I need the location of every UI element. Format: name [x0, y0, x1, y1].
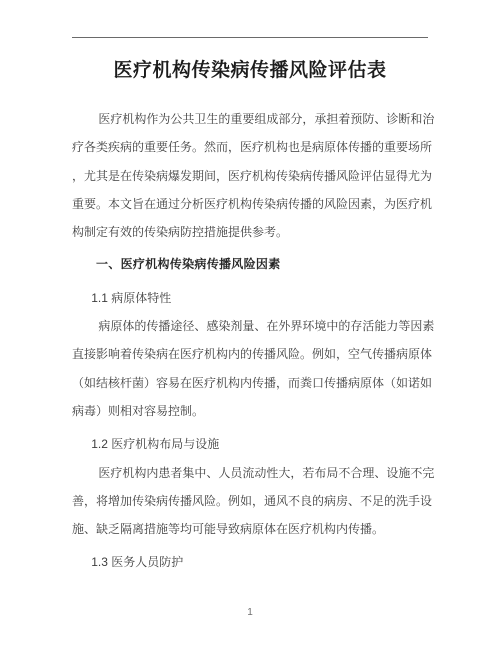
sub-heading: 1.2 医疗机构布局与设施	[72, 430, 428, 458]
paragraph-line: 善，将增加传染病传播风险。例如，通风不良的病房、不足的洗手设	[72, 487, 428, 515]
paragraph: 医疗机构作为公共卫生的重要组成部分，承担着预防、诊断和治疗各类疾病的重要任务。然…	[72, 105, 428, 246]
paragraph-line: 医疗机构内患者集中、人员流动性大，若布局不合理、设施不完	[72, 459, 428, 487]
paragraph-line: 病毒）则相对容易控制。	[72, 397, 428, 425]
paragraph-line: 构制定有效的传染病防控措施提供参考。	[72, 218, 428, 246]
paragraph-line: 直接影响着传染病在医疗机构内的传播风险。例如，空气传播病原体	[72, 340, 428, 368]
paragraph-line: 重要。本文旨在通过分析医疗机构传染病传播的风险因素，为医疗机	[72, 190, 428, 218]
paragraph-line: 医疗机构作为公共卫生的重要组成部分，承担着预防、诊断和治	[72, 105, 428, 133]
paragraph-line: （如结核杆菌）容易在医疗机构内传播，而粪口传播病原体（如诺如	[72, 369, 428, 397]
paragraph: 医疗机构内患者集中、人员流动性大，若布局不合理、设施不完善，将增加传染病传播风险…	[72, 459, 428, 544]
section-heading: 一、医疗机构传染病传播风险因素	[72, 250, 428, 278]
paragraph-line: ，尤其是在传染病爆发期间，医疗机构传染病传播风险评估显得尤为	[72, 162, 428, 190]
document-body: 医疗机构作为公共卫生的重要组成部分，承担着预防、诊断和治疗各类疾病的重要任务。然…	[72, 105, 428, 577]
document-page: 医疗机构传染病传播风险评估表 医疗机构作为公共卫生的重要组成部分，承担着预防、诊…	[0, 0, 500, 647]
paragraph: 病原体的传播途径、感染剂量、在外界环境中的存活能力等因素直接影响着传染病在医疗机…	[72, 312, 428, 425]
paragraph-line: 施、缺乏隔离措施等均可能导致病原体在医疗机构内传播。	[72, 515, 428, 543]
sub-heading: 1.3 医务人员防护	[72, 548, 428, 576]
page-number: 1	[0, 607, 500, 619]
sub-heading: 1.1 病原体特性	[72, 284, 428, 312]
document-content: 医疗机构传染病传播风险评估表 医疗机构作为公共卫生的重要组成部分，承担着预防、诊…	[72, 0, 428, 577]
paragraph-line: 疗各类疾病的重要任务。然而，医疗机构也是病原体传播的重要场所	[72, 133, 428, 161]
paragraph-line: 病原体的传播途径、感染剂量、在外界环境中的存活能力等因素	[72, 312, 428, 340]
document-title: 医疗机构传染病传播风险评估表	[72, 56, 428, 86]
